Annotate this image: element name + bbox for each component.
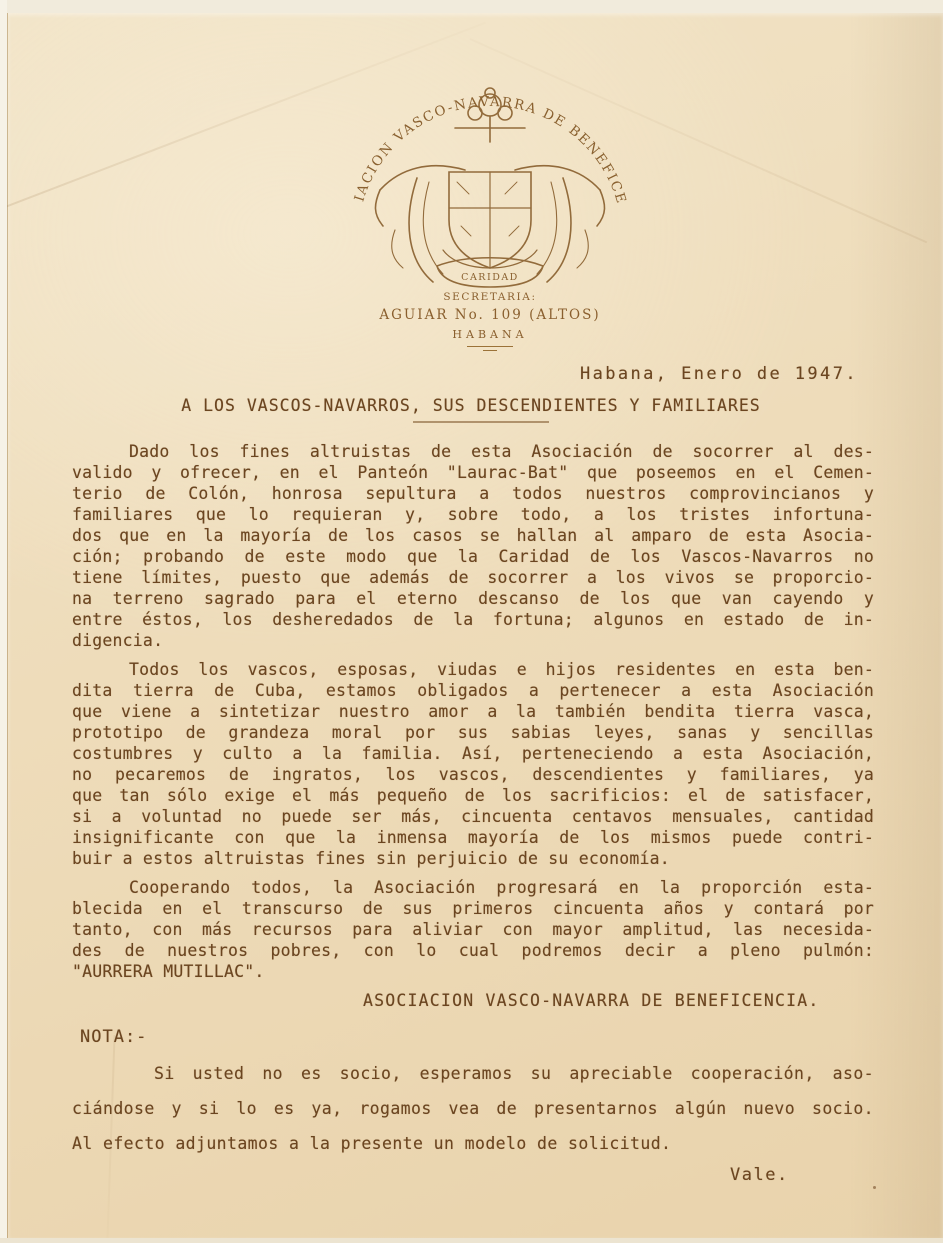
scan-edge-top: [0, 0, 943, 13]
typed-line: tiene límites, puesto que además de soco…: [72, 567, 874, 588]
nota-label: NOTA:-: [80, 1027, 874, 1048]
typed-line: que tan sólo exige el más pequeño de los…: [72, 785, 874, 806]
typed-line: blecida en el transcurso de sus primeros…: [72, 898, 874, 919]
typed-line: Todos los vascos, esposas, viudas e hijo…: [72, 659, 874, 680]
typed-line: "AURRERA MUTILLAC".: [72, 961, 874, 982]
typed-line: na terreno sagrado para el eterno descan…: [72, 588, 874, 609]
association-crest: ASOCIACION VASCO-NAVARRA DE BENEFICENCIA…: [325, 50, 655, 292]
typed-line: Cooperando todos, la Asociación progresa…: [72, 877, 874, 898]
typed-line: no pecaremos de ingratos, los vascos, de…: [72, 764, 874, 785]
city-line: HABANA: [330, 328, 650, 341]
paragraph: Todos los vascos, esposas, viudas e hijo…: [72, 659, 874, 869]
closing-word: Vale.: [730, 1165, 874, 1186]
crest-mantle-right: [547, 178, 571, 282]
typed-line: Si usted no es socio, esperamos su aprec…: [72, 1056, 874, 1091]
secretaria-label: SECRETARIA:: [330, 291, 650, 303]
salutation-underline: [413, 421, 549, 423]
nota-lines: Si usted no es socio, esperamos su aprec…: [72, 1056, 874, 1161]
crest-banner-text: CARIDAD: [461, 272, 519, 283]
typed-line: dos que en la mayoría de los casos se ha…: [72, 525, 874, 546]
typed-line: que viene a sintetizar nuestro amor a la…: [72, 701, 874, 722]
letterhead-address-block: SECRETARIA: AGUIAR No. 109 (ALTOS) HABAN…: [330, 291, 650, 351]
typed-line: insignificante con que la inmensa mayorí…: [72, 827, 874, 848]
crest-ribbon-left: [380, 166, 465, 190]
paper-speck: [873, 1186, 876, 1189]
typed-line: terio de Colón, honrosa sepultura a todo…: [72, 483, 874, 504]
crest-ribbon-left-tail: [375, 190, 383, 226]
address-rule-small: [483, 350, 497, 351]
typed-line: buir a estos altruistas fines sin perjui…: [72, 848, 874, 869]
scanned-letter: ASOCIACION VASCO-NAVARRA DE BENEFICENCIA…: [0, 0, 943, 1243]
signature-line: ASOCIACION VASCO-NAVARRA DE BENEFICENCIA…: [363, 990, 874, 1011]
typed-line: tanto, con más recursos para aliviar con…: [72, 919, 874, 940]
typed-line: si a voluntad no puede ser más, cincuent…: [72, 806, 874, 827]
paragraph: Dado los fines altruistas de esta Asocia…: [72, 441, 874, 651]
address-rule: [467, 346, 513, 347]
crest-tassel-right: [577, 230, 588, 268]
typed-line: ciándose y si lo es ya, rogamos vea de p…: [72, 1091, 874, 1126]
typed-line: digencia.: [72, 630, 874, 651]
typed-line: prototipo de grandeza moral por sus sabi…: [72, 722, 874, 743]
typed-line: familiares que lo requieran y, sobre tod…: [72, 504, 874, 525]
dateline: Habana, Enero de 1947.: [580, 364, 858, 384]
crest-mantle-left-fold: [423, 182, 443, 274]
address-line: AGUIAR No. 109 (ALTOS): [330, 307, 650, 323]
body-paragraphs: Dado los fines altruistas de esta Asocia…: [72, 441, 874, 982]
crest-ribbon-right: [515, 166, 600, 190]
crest-tassel-left: [392, 230, 403, 268]
typed-line: dita tierra de Cuba, estamos obligados a…: [72, 680, 874, 701]
salutation: A LOS VASCOS-NAVARROS, SUS DESCENDIENTES…: [68, 396, 874, 415]
crest-shield-hatching: [457, 182, 519, 236]
typed-line: entre éstos, los desheredados de la fort…: [72, 609, 874, 630]
crest-mantle-left: [409, 178, 433, 282]
typed-line: ción; probando de este modo que la Carid…: [72, 546, 874, 567]
typed-line: costumbres y culto a la familia. Así, pe…: [72, 743, 874, 764]
typed-line: Dado los fines altruistas de esta Asocia…: [72, 441, 874, 462]
typed-line: des de nuestros pobres, con lo cual podr…: [72, 940, 874, 961]
typed-line: Al efecto adjuntamos a la presente un mo…: [72, 1126, 874, 1161]
crest-mantle-right-fold: [537, 182, 557, 274]
scan-edge-bottom: [0, 1238, 943, 1243]
crest-ribbon-right-tail: [597, 190, 605, 226]
scan-edge-left: [0, 0, 7, 1243]
letter-body: Dado los fines altruistas de esta Asocia…: [72, 441, 874, 1186]
paragraph: Cooperando todos, la Asociación progresa…: [72, 877, 874, 982]
typed-line: valido y ofrecer, en el Panteón "Laurac-…: [72, 462, 874, 483]
